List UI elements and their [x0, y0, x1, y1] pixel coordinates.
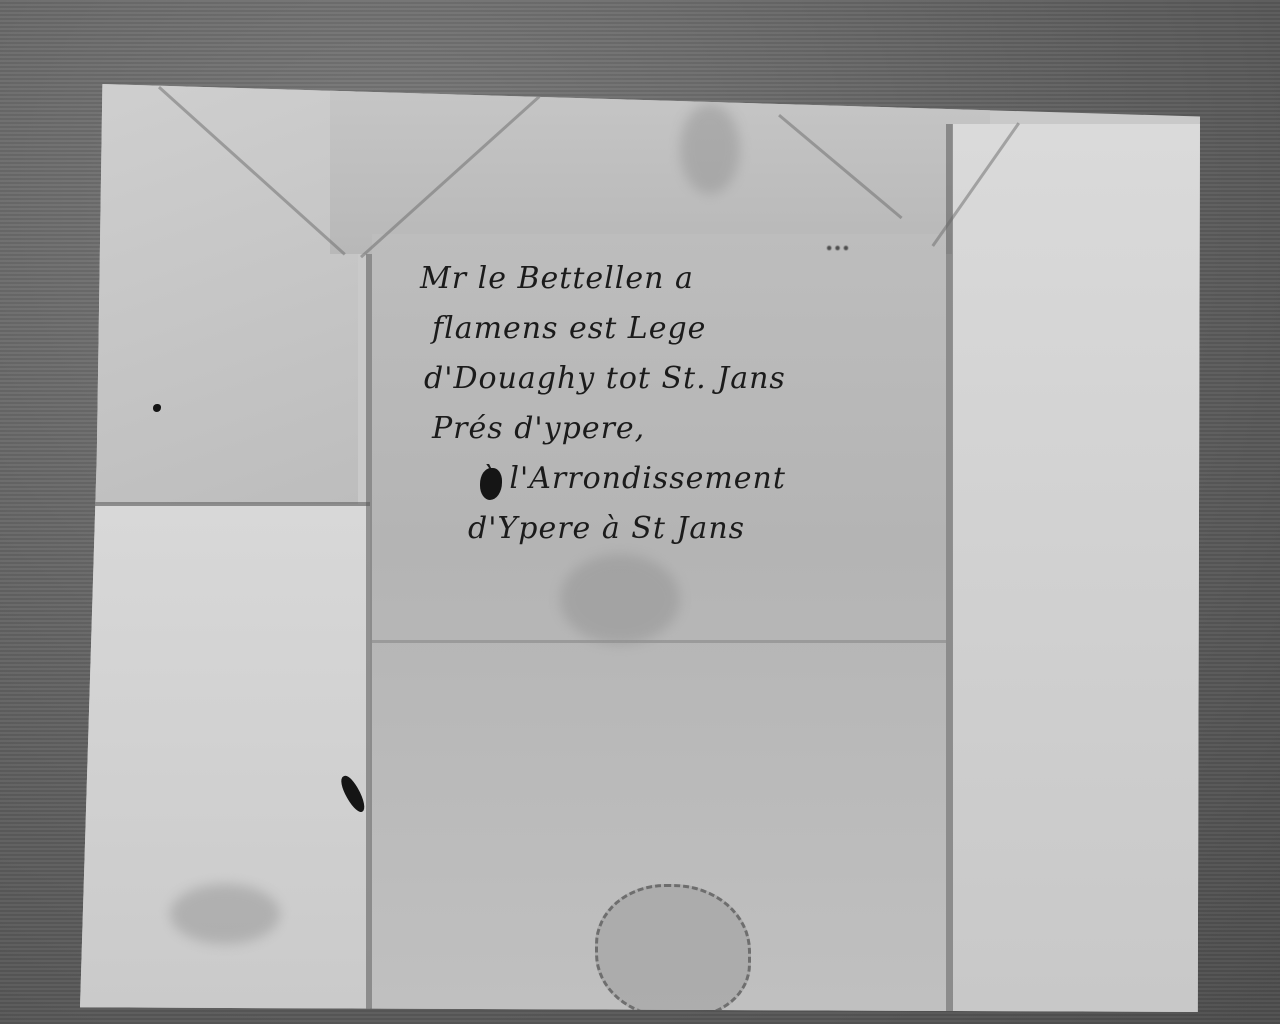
handwritten-address: Mr le Bettellen a flamens est Lege d'Dou…: [420, 254, 940, 554]
address-line: Mr le Bettellen a: [420, 254, 940, 304]
address-line: d'Douaghy tot St. Jans: [424, 354, 940, 404]
right-panel: [952, 124, 1200, 1012]
address-line: à l'Arrondissement: [480, 454, 940, 504]
stain: [170, 884, 280, 944]
fold-line: [372, 640, 946, 643]
fold-line: [80, 502, 370, 506]
address-line: Prés d'ypere,: [432, 404, 940, 454]
postmark: ...: [825, 227, 850, 256]
folded-letter: ... Mr le Bettellen a flamens est Lege d…: [80, 84, 1200, 1012]
stain: [680, 104, 740, 194]
wax-seal-remnant: [595, 884, 751, 1018]
left-top-panel: [80, 84, 358, 504]
fold-line: [366, 254, 372, 1012]
fold-line: [946, 124, 953, 1012]
stain: [560, 554, 680, 644]
address-line: flamens est Lege: [432, 304, 940, 354]
address-line: d'Ypere à St Jans: [468, 504, 940, 554]
top-flap: [330, 84, 990, 254]
